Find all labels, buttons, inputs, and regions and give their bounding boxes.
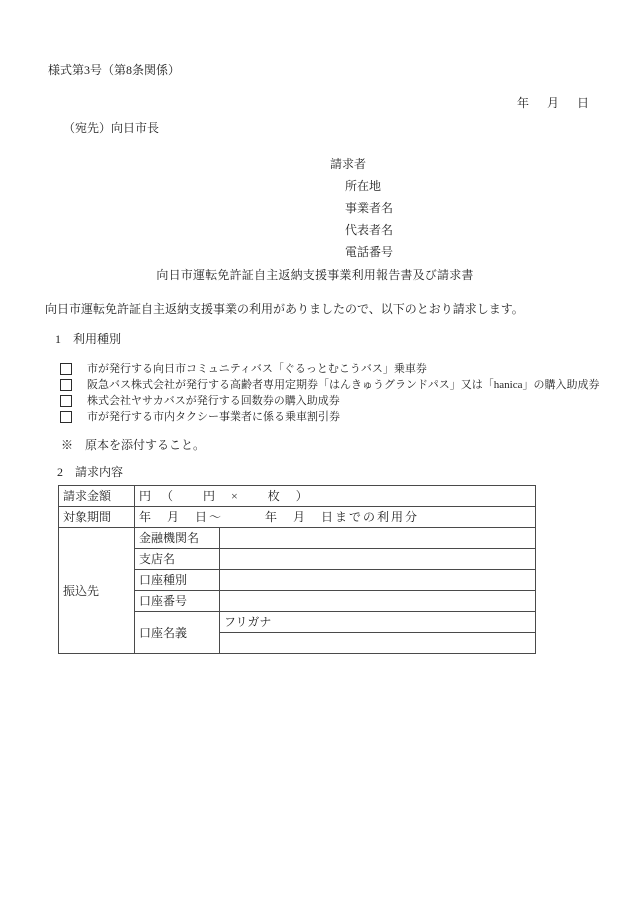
form-number: 様式第3号（第8条関係） [48,0,630,78]
original-attachment-note: ※ 原本を添付すること。 [61,437,630,453]
requester-field-business-name: 事業者名 [345,200,630,216]
account-number-value-cell [220,591,536,612]
account-type-value-cell [220,570,536,591]
bank-name-value-cell [220,528,536,549]
checkbox-icon [60,411,72,423]
document-page: 様式第3号（第8条関係） 年 月 日 （宛先）向日市長 請求者 所在地 事業者名… [0,0,630,903]
date-line: 年 月 日 [0,95,592,111]
requester-field-address: 所在地 [345,178,630,194]
checkbox-icon [60,395,72,407]
bank-name-label: 金融機関名 [135,528,220,549]
period-label: 対象期間 [59,507,135,528]
account-number-label: 口座番号 [135,591,220,612]
branch-name-value-cell [220,549,536,570]
requester-field-representative-name: 代表者名 [345,222,630,238]
list-item: 阪急バス株式会社が発行する高齢者専用定期券「はんきゅうグランドパス」又は「han… [60,377,630,393]
period-value-cell: 年 月 日～ 年 月 日までの利用分 [135,507,536,528]
payee-label: 振込先 [59,528,135,654]
amount-label: 請求金額 [59,486,135,507]
request-details-table: 請求金額 円 （ 円 × 枚 ） 対象期間 年 月 日～ 年 月 日までの利用分… [58,485,536,654]
branch-name-label: 支店名 [135,549,220,570]
table-row: 振込先 金融機関名 [59,528,536,549]
addressee: （宛先）向日市長 [63,120,630,136]
check-item-label: 市が発行する向日市コミュニティバス「ぐるっとむこうバス」乗車券 [87,361,427,377]
account-holder-value-cell [220,633,536,654]
account-type-label: 口座種別 [135,570,220,591]
account-holder-label: 口座名義 [135,612,220,654]
amount-value-cell: 円 （ 円 × 枚 ） [135,486,536,507]
section1-heading: 1 利用種別 [55,331,630,347]
usage-type-checklist: 市が発行する向日市コミュニティバス「ぐるっとむこうバス」乗車券 阪急バス株式会社… [60,361,630,425]
list-item: 株式会社ヤサカバスが発行する回数券の購入助成券 [60,393,630,409]
check-item-label: 阪急バス株式会社が発行する高齢者専用定期券「はんきゅうグランドパス」又は「han… [87,377,599,393]
checkbox-icon [60,363,72,375]
intro-text: 向日市運転免許証自主返納支援事業の利用がありましたので、以下のとおり請求します。 [45,301,630,317]
check-item-label: 市が発行する市内タクシー事業者に係る乗車割引券 [87,409,340,425]
list-item: 市が発行する市内タクシー事業者に係る乗車割引券 [60,409,630,425]
furigana-label: フリガナ [220,612,536,633]
checkbox-icon [60,379,72,391]
requester-heading: 請求者 [330,156,630,172]
section2-heading: 2 請求内容 [57,464,630,480]
document-title: 向日市運転免許証自主返納支援事業利用報告書及び請求書 [0,267,630,283]
check-item-label: 株式会社ヤサカバスが発行する回数券の購入助成券 [87,393,340,409]
table-row: 請求金額 円 （ 円 × 枚 ） [59,486,536,507]
table-row: 対象期間 年 月 日～ 年 月 日までの利用分 [59,507,536,528]
list-item: 市が発行する向日市コミュニティバス「ぐるっとむこうバス」乗車券 [60,361,630,377]
requester-field-phone-number: 電話番号 [345,244,630,260]
